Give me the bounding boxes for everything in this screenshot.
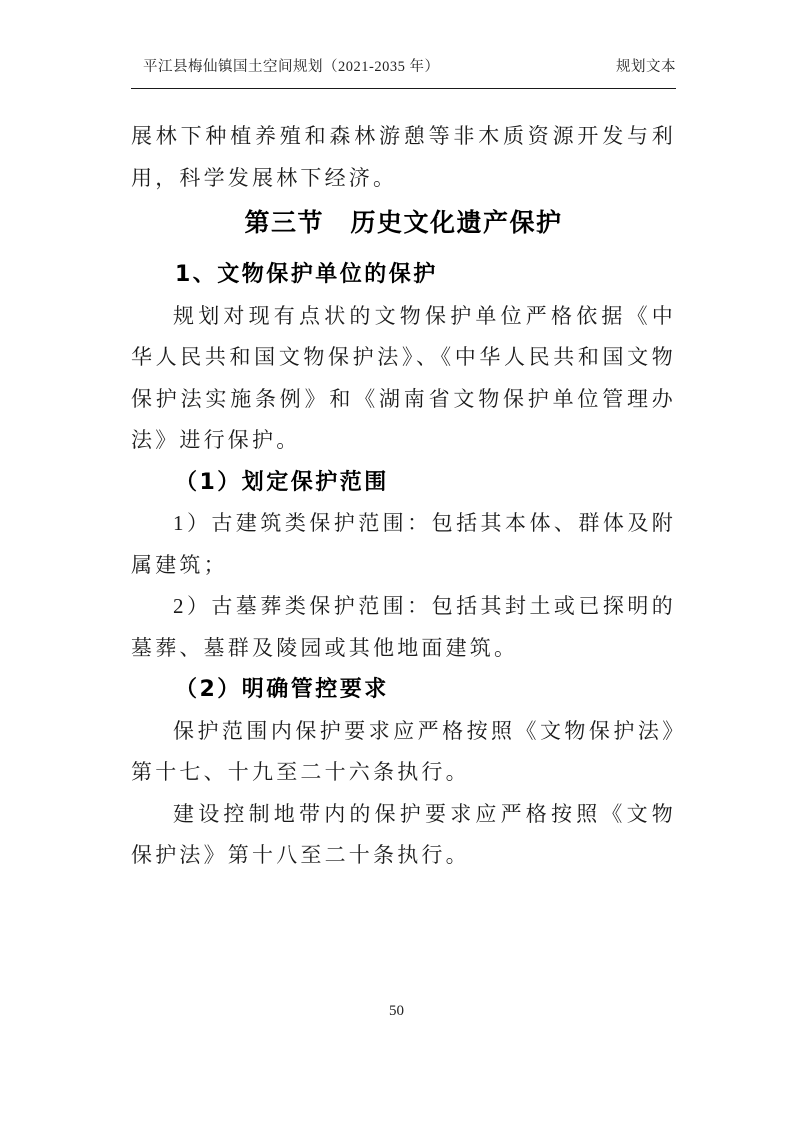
subheading-control-requirements: （2）明确管控要求 [131, 669, 676, 711]
paragraph-ancient-tombs-scope: 2）古墓葬类保护范围：包括其封土或已探明的墓葬、墓群及陵园或其他地面建筑。 [131, 586, 676, 669]
header-document-title: 平江县梅仙镇国土空间规划（2021-2035 年） [131, 55, 439, 76]
paragraph-protection-laws: 规划对现有点状的文物保护单位严格依据《中华人民共和国文物保护法》、《中华人民共和… [131, 296, 676, 462]
header-divider [131, 88, 676, 89]
paragraph-protection-scope-requirements: 保护范围内保护要求应严格按照《文物保护法》第十七、十九至二十六条执行。 [131, 711, 676, 794]
page-number: 50 [389, 1003, 404, 1019]
header-document-type: 规划文本 [616, 55, 676, 76]
document-page: 平江县梅仙镇国土空间规划（2021-2035 年） 规划文本 展林下种植养殖和森… [0, 0, 793, 1122]
subheading-define-protection-scope: （1）划定保护范围 [131, 462, 676, 504]
subheading-cultural-relics-protection: 1、文物保护单位的保护 [131, 254, 676, 296]
page-header: 平江县梅仙镇国土空间规划（2021-2035 年） 规划文本 [131, 55, 676, 76]
paragraph-forest-economy: 展林下种植养殖和森林游憩等非木质资源开发与利用，科学发展林下经济。 [131, 116, 676, 199]
section-heading-heritage-protection: 第三节 历史文化遗产保护 [131, 201, 676, 245]
document-body: 展林下种植养殖和森林游憩等非木质资源开发与利用，科学发展林下经济。 第三节 历史… [131, 116, 676, 877]
paragraph-construction-control-zone: 建设控制地带内的保护要求应严格按照《文物保护法》第十八至二十条执行。 [131, 794, 676, 877]
paragraph-ancient-buildings-scope: 1）古建筑类保护范围：包括其本体、群体及附属建筑； [131, 503, 676, 586]
page-footer: 50 [0, 1003, 793, 1020]
